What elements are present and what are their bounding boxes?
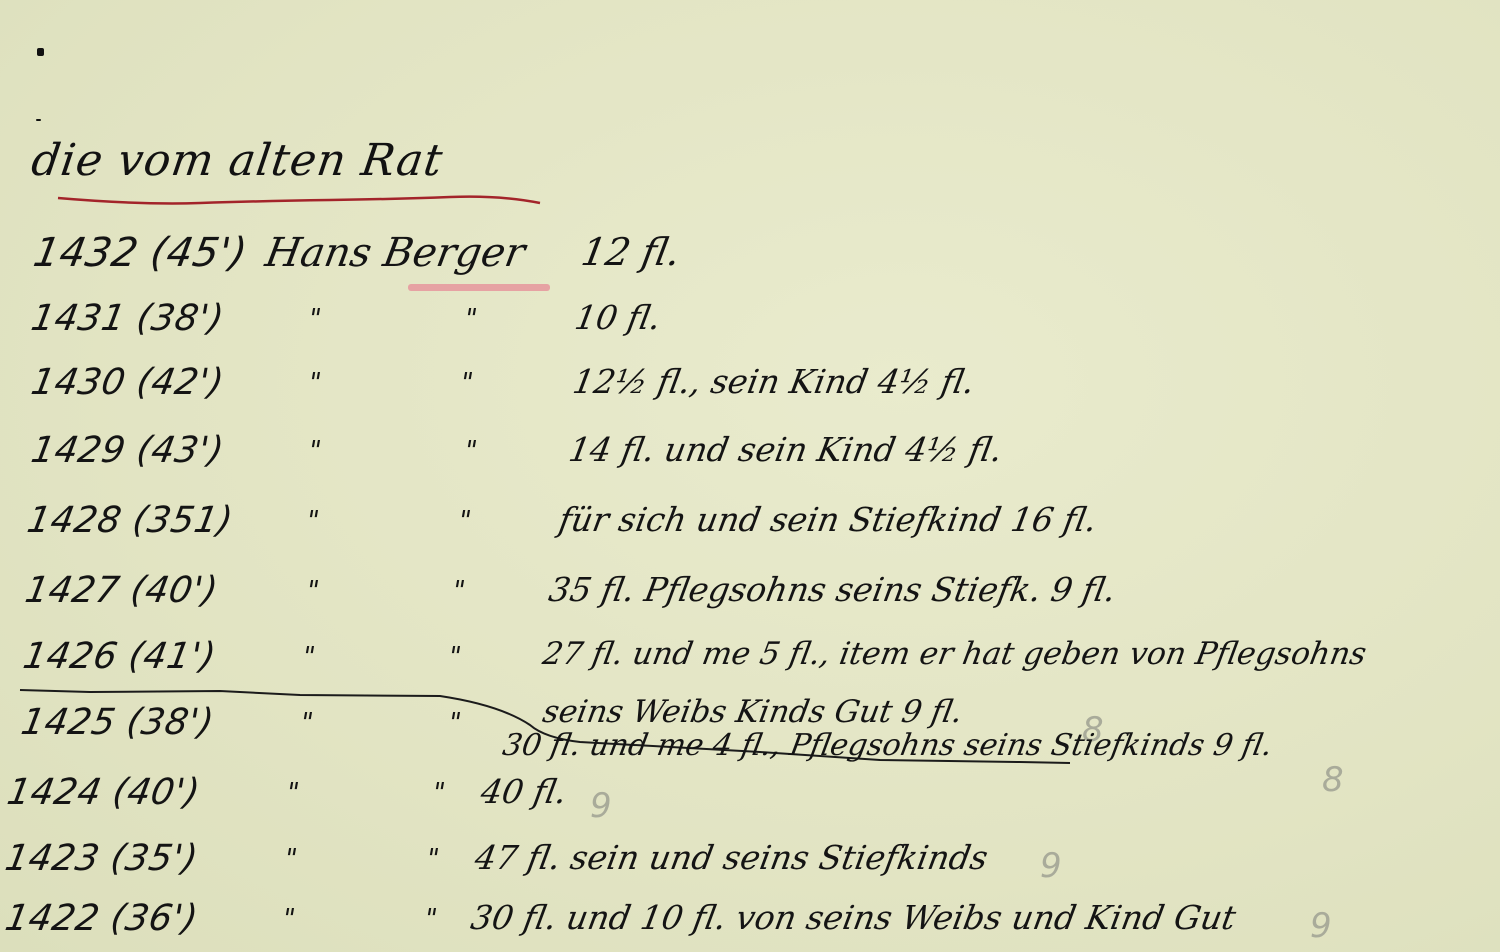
ledger-row: 1422 (36') " " 30 fl. und 10 fl. von sei…	[0, 898, 1500, 952]
amount-entry: 47 fl. sein und seins Stiefkinds	[472, 838, 991, 877]
pencil-annotation: 9	[590, 786, 612, 826]
ledger-row: 1431 (38') " " 10 fl.	[0, 298, 1500, 354]
ledger-row: 1423 (35') " " 47 fl. sein und seins Sti…	[0, 838, 1500, 894]
amount-entry: 27 fl. und me 5 fl., item er hat geben v…	[540, 636, 1369, 672]
year-cell: 1424 (40')	[4, 772, 203, 813]
ditto-mark: "	[450, 576, 467, 606]
ditto-mark: "	[304, 506, 321, 536]
amount-entry: für sich und sein Stiefkind 16 fl.	[556, 500, 1100, 539]
ink-dot-mark	[37, 48, 44, 56]
amount-entry: 12½ fl., sein Kind 4½ fl.	[570, 362, 978, 401]
ditto-mark: "	[422, 904, 439, 934]
pencil-annotation: 9	[1040, 846, 1062, 886]
amount-entry: 14 fl. und sein Kind 4½ fl.	[566, 430, 1005, 469]
ditto-mark: "	[446, 642, 463, 672]
ditto-mark: "	[446, 708, 463, 738]
ditto-mark: "	[424, 844, 441, 874]
ledger-row: 1427 (40') " " 35 fl. Pflegsohns seins S…	[0, 570, 1500, 626]
ditto-mark: "	[462, 436, 479, 466]
ditto-mark: "	[306, 368, 323, 398]
ledger-row: 1430 (42') " " 12½ fl., sein Kind 4½ fl.	[0, 362, 1500, 418]
year-cell: 1431 (38')	[28, 298, 227, 339]
ditto-mark: "	[298, 708, 315, 738]
ditto-mark: "	[462, 304, 479, 334]
ledger-row: 1428 (351) " " für sich und sein Stiefki…	[0, 500, 1500, 556]
taxpayer-name: Hans Berger	[262, 230, 528, 276]
amount-entry: seins Weibs Kinds Gut 9 fl.	[540, 694, 965, 730]
amount-entry: 30 fl. und me 4 fl., Pflegsohns seins St…	[500, 728, 1275, 763]
ledger-row: 1424 (40') " " 40 fl. 9	[0, 772, 1500, 828]
year-cell: 1428 (351)	[24, 500, 236, 541]
ditto-mark: "	[306, 304, 323, 334]
ditto-mark: "	[284, 778, 301, 808]
ditto-mark: "	[458, 368, 475, 398]
amount-entry: 10 fl.	[572, 298, 664, 337]
year-cell: 1426 (41')	[20, 636, 219, 677]
manuscript-page: die vom alten Rat 1432 (45') Hans Berger…	[0, 0, 1500, 952]
ledger-row: 1429 (43') " " 14 fl. und sein Kind 4½ f…	[0, 430, 1500, 486]
amount-entry: 40 fl.	[478, 772, 570, 811]
ledger-row: 1426 (41') " " 27 fl. und me 5 fl., item…	[0, 636, 1500, 692]
ditto-mark: "	[282, 844, 299, 874]
amount-entry: 12 fl.	[578, 230, 684, 274]
amount-entry: 35 fl. Pflegsohns seins Stiefk. 9 fl.	[546, 570, 1119, 609]
ditto-mark: "	[456, 506, 473, 536]
year-cell: 1430 (42')	[28, 362, 227, 403]
ditto-mark: "	[306, 436, 323, 466]
pencil-annotation: 9	[1310, 906, 1332, 946]
ditto-mark: "	[300, 642, 317, 672]
ditto-mark: "	[280, 904, 297, 934]
page-heading: die vom alten Rat	[28, 135, 446, 186]
amount-entry: 30 fl. und 10 fl. von seins Weibs und Ki…	[468, 898, 1239, 937]
year-cell: 1425 (38')	[18, 702, 217, 743]
ledger-row: 1432 (45') Hans Berger 12 fl.	[0, 230, 1500, 286]
year-cell: 1427 (40')	[22, 570, 221, 611]
ditto-mark: "	[304, 576, 321, 606]
year-cell: 1432 (45')	[30, 230, 251, 276]
year-cell: 1429 (43')	[28, 430, 227, 471]
ink-dash-mark	[36, 119, 41, 121]
year-cell: 1422 (36')	[2, 898, 201, 939]
year-cell: 1423 (35')	[2, 838, 201, 879]
ditto-mark: "	[430, 778, 447, 808]
